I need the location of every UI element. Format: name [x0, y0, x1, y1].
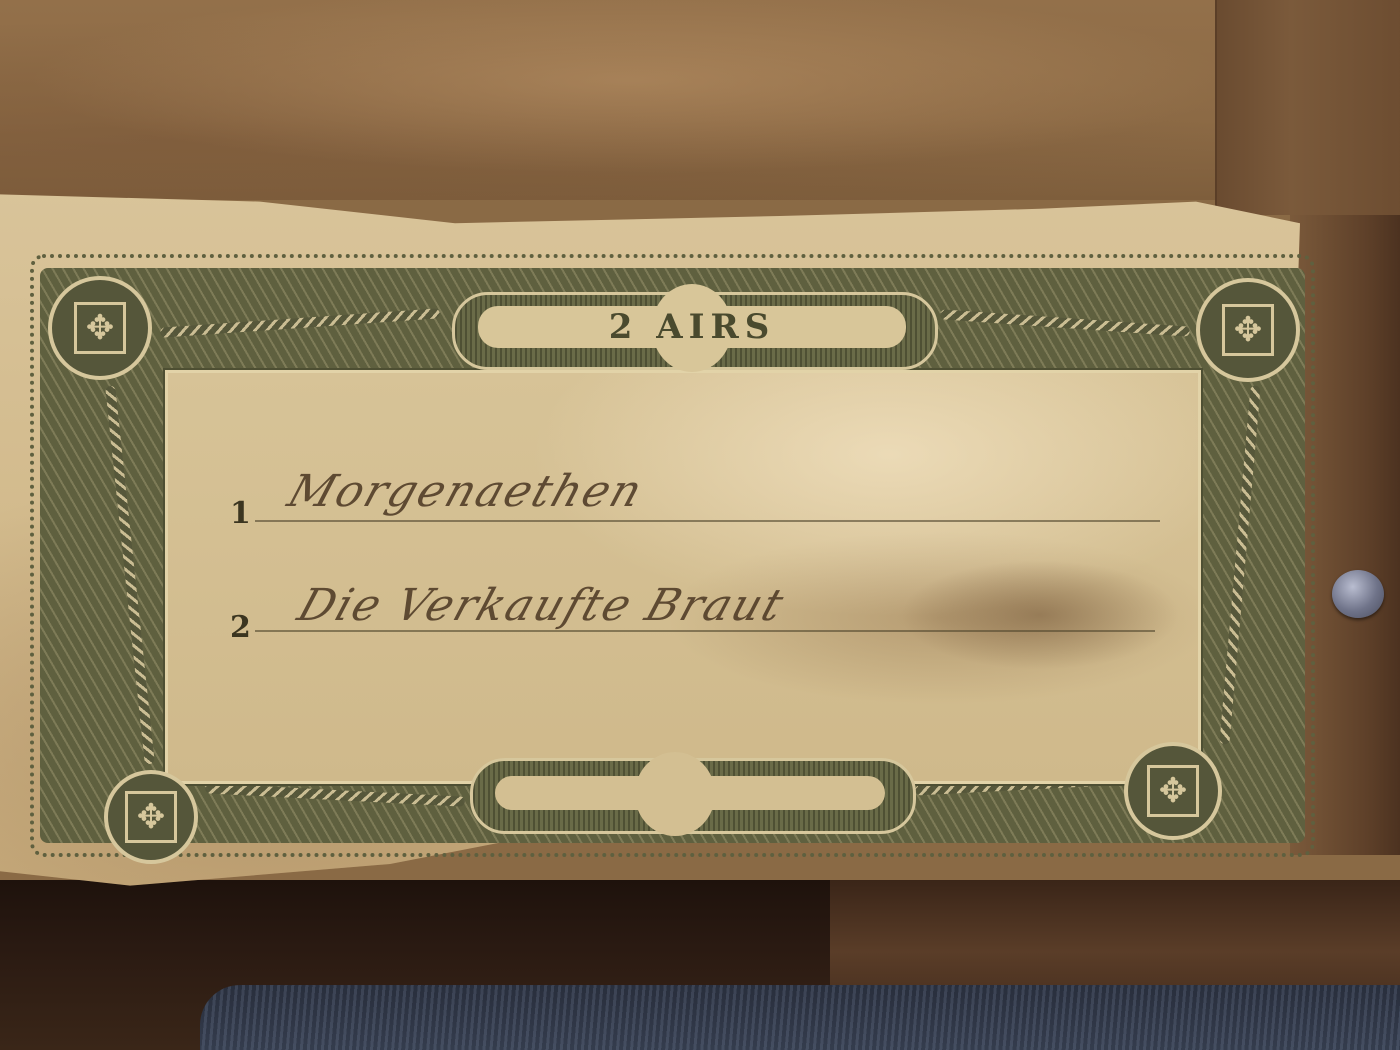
corner-ornament-icon: ✥: [1196, 278, 1300, 382]
carpet: [200, 985, 1400, 1050]
wooden-panel-right: [1215, 0, 1400, 215]
box-base-right: [830, 880, 1400, 1000]
metal-tack-icon: [1332, 570, 1384, 618]
writing-line-1: [255, 520, 1160, 522]
tune-name-1: Morgenaethen: [282, 466, 650, 517]
fleuron-icon: ✥: [125, 791, 177, 843]
tune-number-2: 2: [230, 610, 251, 645]
fleuron-icon: ✥: [1222, 304, 1274, 356]
fleuron-icon: ✥: [1147, 765, 1199, 817]
fleuron-icon: ✥: [74, 302, 126, 354]
wooden-box-lid: [0, 0, 1400, 200]
label-title: 2 AIRS: [478, 306, 906, 348]
tune-number-1: 1: [230, 496, 251, 531]
corner-ornament-icon: ✥: [104, 770, 198, 864]
photo-scene: ✥ ✥ ✥ ✥ 2 AIRS 1 Morgenaethen 2 Die Verk…: [0, 0, 1400, 1050]
corner-ornament-icon: ✥: [1124, 742, 1222, 840]
corner-ornament-icon: ✥: [48, 276, 152, 380]
water-stain: [900, 560, 1180, 670]
tune-name-2: Die Verkaufte Braut: [292, 580, 792, 631]
bottom-cartouche-inner: [495, 776, 885, 810]
